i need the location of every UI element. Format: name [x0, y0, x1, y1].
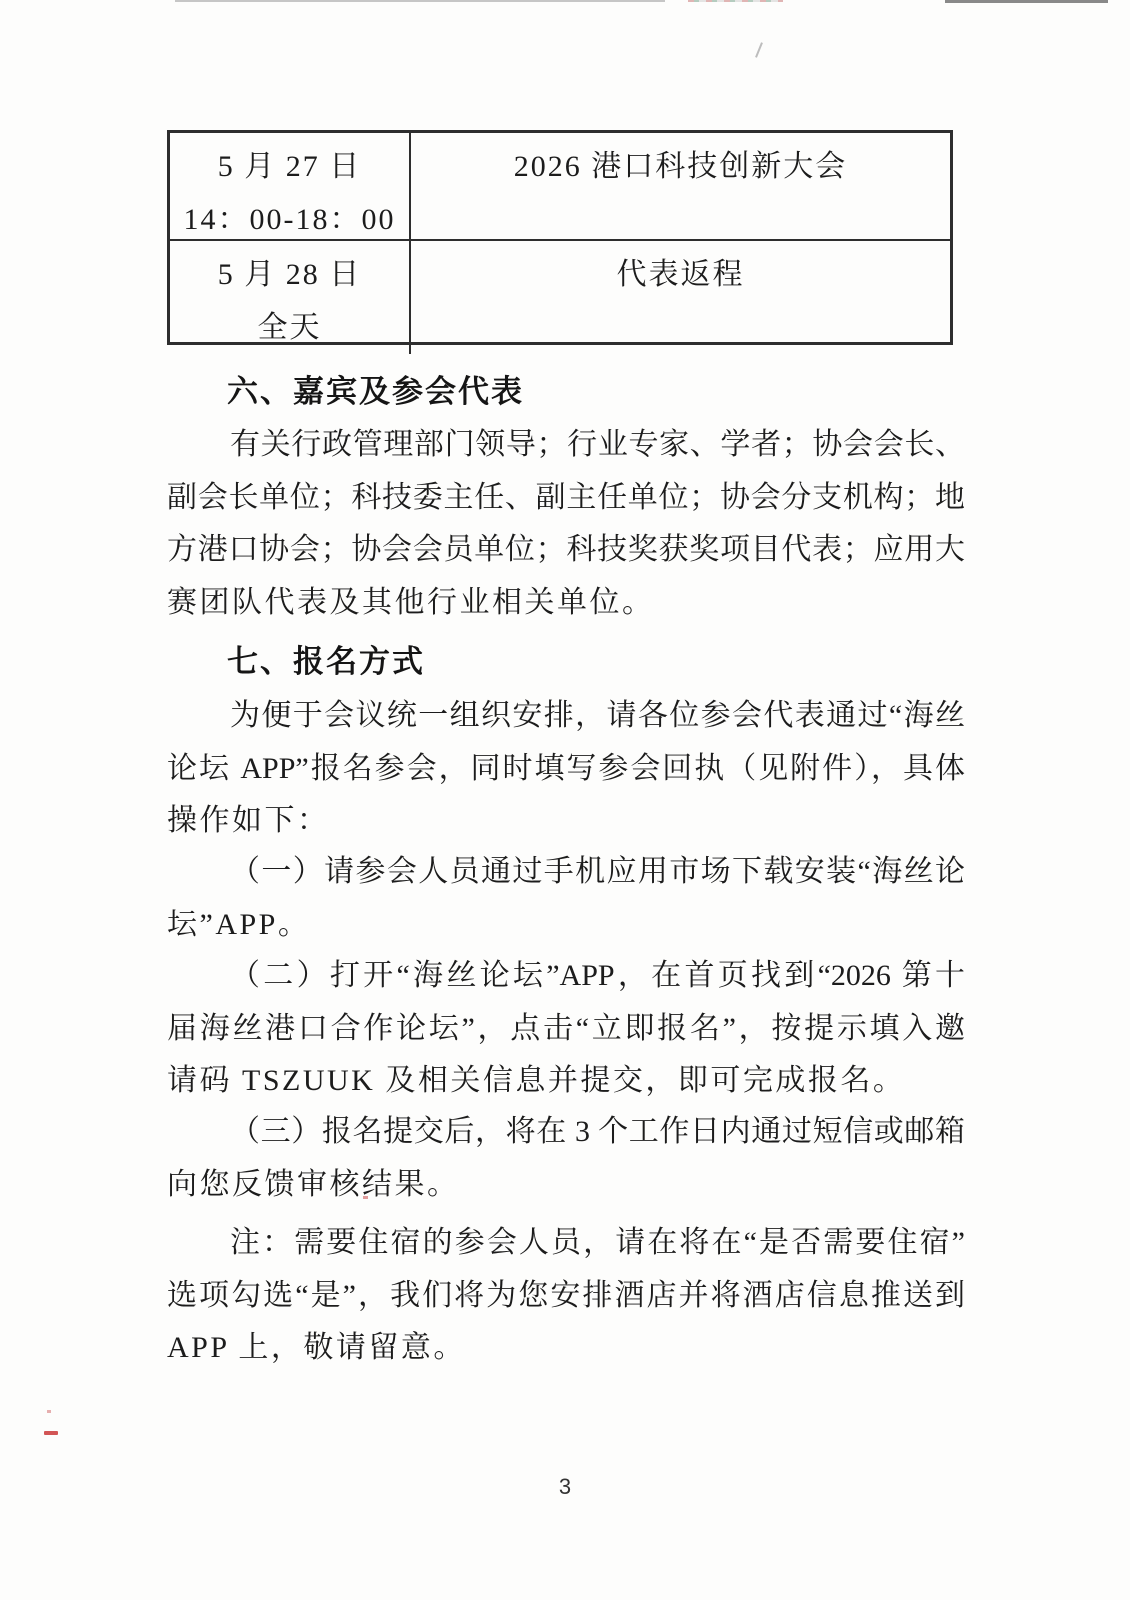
text-line: 为便于会议统一组织安排，请各位参会代表通过“海丝 [167, 690, 965, 743]
text-line: 选项勾选“是”，我们将为您安排酒店并将酒店信息推送到 [167, 1270, 965, 1323]
text-line: 请码 TSZUUK 及相关信息并提交，即可完成报名。 [167, 1055, 965, 1108]
red-mark-artifact [44, 1431, 58, 1435]
table-row: 5 月 28 日 全天 代表返程 [170, 241, 950, 342]
table-cell-datetime: 5 月 28 日 全天 [170, 241, 411, 354]
paragraph-registration-intro: 为便于会议统一组织安排，请各位参会代表通过“海丝 论坛 APP”报名参会，同时填… [167, 690, 965, 848]
text-line: 注：需要住宿的参会人员，请在将在“是否需要住宿” [167, 1217, 965, 1270]
scan-mark-artifact [755, 42, 763, 58]
table-row: 5 月 27 日 14：00-18：00 2026 港口科技创新大会 [170, 133, 950, 241]
text-line: 有关行政管理部门领导；行业专家、学者；协会会长、 [167, 419, 965, 472]
paragraph-guests: 有关行政管理部门领导；行业专家、学者；协会会长、 副会长单位；科技委主任、副主任… [167, 419, 965, 629]
time-text: 全天 [170, 301, 409, 354]
schedule-table: 5 月 27 日 14：00-18：00 2026 港口科技创新大会 5 月 2… [167, 130, 953, 345]
paragraph-step-3: （三）报名提交后，将在 3 个工作日内通过短信或邮箱 向您反馈审核结果。 [167, 1106, 965, 1211]
paragraph-step-2: （二）打开“海丝论坛”APP，在首页找到“2026 第十 届海丝港口合作论坛”，… [167, 950, 965, 1108]
red-mark-artifact [47, 1410, 51, 1413]
table-cell-event: 2026 港口科技创新大会 [411, 133, 950, 246]
paragraph-step-1: （一）请参会人员通过手机应用市场下载安装“海丝论 坛”APP。 [167, 846, 965, 951]
event-text: 代表返程 [411, 248, 950, 301]
text-line: （一）请参会人员通过手机应用市场下载安装“海丝论 [167, 846, 965, 899]
paragraph-note: 注：需要住宿的参会人员，请在将在“是否需要住宿” 选项勾选“是”，我们将为您安排… [167, 1217, 965, 1375]
event-text: 2026 港口科技创新大会 [411, 140, 950, 193]
table-cell-datetime: 5 月 27 日 14：00-18：00 [170, 133, 411, 246]
table-cell-event: 代表返程 [411, 241, 950, 354]
text-line: 赛团队代表及其他行业相关单位。 [167, 577, 965, 630]
text-line: （二）打开“海丝论坛”APP，在首页找到“2026 第十 [167, 950, 965, 1003]
text-line: （三）报名提交后，将在 3 个工作日内通过短信或邮箱 [167, 1106, 965, 1159]
text-line: 操作如下： [167, 795, 965, 848]
scan-edge-artifact [945, 0, 1108, 3]
page-number: 3 [0, 1474, 1130, 1500]
section-heading-registration: 七、报名方式 [167, 636, 965, 688]
text-line: 副会长单位；科技委主任、副主任单位；协会分支机构；地 [167, 472, 965, 525]
text-line: 届海丝港口合作论坛”，点击“立即报名”，按提示填入邀 [167, 1003, 965, 1056]
text-line: 坛”APP。 [167, 899, 965, 952]
text-line: 论坛 APP”报名参会，同时填写参会回执（见附件），具体 [167, 743, 965, 796]
text-line: 向您反馈审核结果。 [167, 1159, 965, 1212]
text-line: APP 上，敬请留意。 [167, 1322, 965, 1375]
section-heading-guests: 六、嘉宾及参会代表 [167, 366, 965, 418]
time-text: 14：00-18：00 [170, 193, 409, 246]
scan-edge-artifact [688, 0, 783, 2]
scanned-document-page: 5 月 27 日 14：00-18：00 2026 港口科技创新大会 5 月 2… [0, 0, 1130, 1600]
scan-edge-artifact [175, 0, 665, 2]
date-text: 5 月 27 日 [170, 140, 409, 193]
date-text: 5 月 28 日 [170, 248, 409, 301]
text-line: 方港口协会；协会会员单位；科技奖获奖项目代表；应用大 [167, 524, 965, 577]
